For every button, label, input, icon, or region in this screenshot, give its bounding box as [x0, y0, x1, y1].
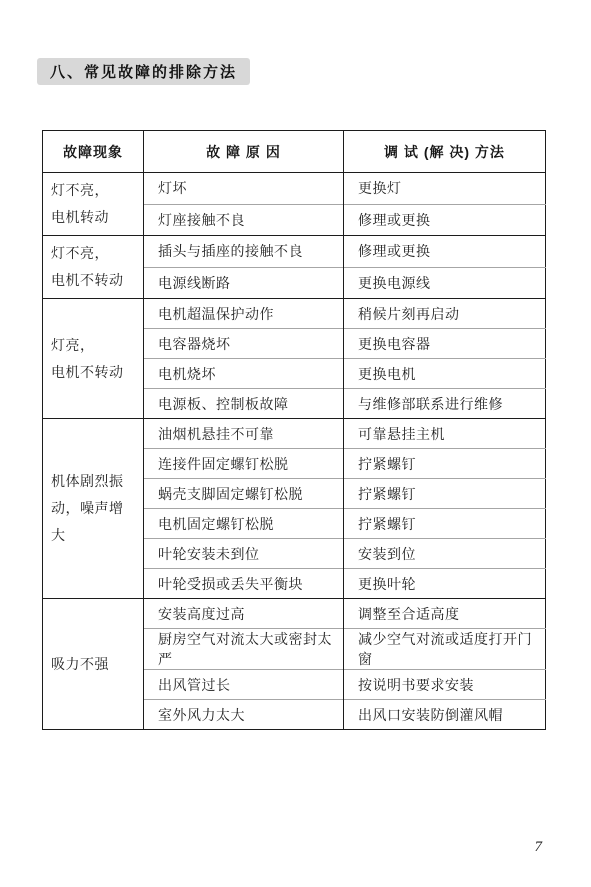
- method-cell: 更换电源线: [344, 267, 546, 299]
- header-cause: 故 障 原 因: [144, 131, 344, 173]
- phenomenon-cell: 灯不亮， 电机转动: [43, 173, 144, 236]
- cause-cell: 电机超温保护动作: [144, 299, 344, 329]
- cause-cell: 插头与插座的接触不良: [144, 236, 344, 268]
- manual-page: 八、常见故障的排除方法 故障现象 故 障 原 因 调 试 (解 决) 方法 灯不…: [0, 0, 591, 887]
- cause-cell: 叶轮受损或丢失平衡块: [144, 569, 344, 599]
- cause-cell: 电源线断路: [144, 267, 344, 299]
- section-title: 八、常见故障的排除方法: [37, 58, 250, 85]
- method-cell: 拧紧螺钉: [344, 449, 546, 479]
- phenomenon-cell: 吸力不强: [43, 599, 144, 730]
- method-cell: 调整至合适高度: [344, 599, 546, 629]
- cause-cell: 灯坏: [144, 173, 344, 205]
- method-cell: 安装到位: [344, 539, 546, 569]
- method-cell: 稍候片刻再启动: [344, 299, 546, 329]
- method-cell: 更换电机: [344, 359, 546, 389]
- cause-cell: 室外风力太大: [144, 700, 344, 730]
- method-cell: 拧紧螺钉: [344, 479, 546, 509]
- method-cell: 修理或更换: [344, 236, 546, 268]
- cause-cell: 油烟机悬挂不可靠: [144, 419, 344, 449]
- method-cell: 按说明书要求安装: [344, 670, 546, 700]
- cause-cell: 厨房空气对流太大或密封太严: [144, 629, 344, 670]
- cause-cell: 蜗壳支脚固定螺钉松脱: [144, 479, 344, 509]
- page-number: 7: [535, 839, 543, 856]
- header-row: 故障现象 故 障 原 因 调 试 (解 决) 方法: [43, 131, 546, 173]
- phenomenon-cell: 灯亮， 电机不转动: [43, 299, 144, 419]
- phenomenon-cell: 机体剧烈振 动，噪声增 大: [43, 419, 144, 599]
- cause-cell: 灯座接触不良: [144, 204, 344, 236]
- method-cell: 更换叶轮: [344, 569, 546, 599]
- method-cell: 拧紧螺钉: [344, 509, 546, 539]
- table-row: 灯亮， 电机不转动 电机超温保护动作 稍候片刻再启动: [43, 299, 546, 329]
- table-row: 吸力不强 安装高度过高 调整至合适高度: [43, 599, 546, 629]
- method-cell: 更换电容器: [344, 329, 546, 359]
- cause-cell: 安装高度过高: [144, 599, 344, 629]
- troubleshooting-table: 故障现象 故 障 原 因 调 试 (解 决) 方法 灯不亮， 电机转动 灯坏 更…: [42, 130, 546, 730]
- table-header: 故障现象 故 障 原 因 调 试 (解 决) 方法: [43, 131, 546, 173]
- phenomenon-cell: 灯不亮， 电机不转动: [43, 236, 144, 299]
- method-cell: 更换灯: [344, 173, 546, 205]
- header-phenomenon: 故障现象: [43, 131, 144, 173]
- method-cell: 出风口安装防倒灌风帽: [344, 700, 546, 730]
- cause-cell: 电源板、控制板故障: [144, 389, 344, 419]
- method-cell: 修理或更换: [344, 204, 546, 236]
- table-row: 机体剧烈振 动，噪声增 大 油烟机悬挂不可靠 可靠悬挂主机: [43, 419, 546, 449]
- method-cell: 与维修部联系进行维修: [344, 389, 546, 419]
- table-row: 灯不亮， 电机不转动 插头与插座的接触不良 修理或更换: [43, 236, 546, 268]
- cause-cell: 叶轮安装未到位: [144, 539, 344, 569]
- header-method: 调 试 (解 决) 方法: [344, 131, 546, 173]
- method-cell: 减少空气对流或适度打开门窗: [344, 629, 546, 670]
- table-row: 灯不亮， 电机转动 灯坏 更换灯: [43, 173, 546, 205]
- cause-cell: 电机固定螺钉松脱: [144, 509, 344, 539]
- method-cell: 可靠悬挂主机: [344, 419, 546, 449]
- cause-cell: 连接件固定螺钉松脱: [144, 449, 344, 479]
- cause-cell: 电容器烧坏: [144, 329, 344, 359]
- cause-cell: 出风管过长: [144, 670, 344, 700]
- cause-cell: 电机烧坏: [144, 359, 344, 389]
